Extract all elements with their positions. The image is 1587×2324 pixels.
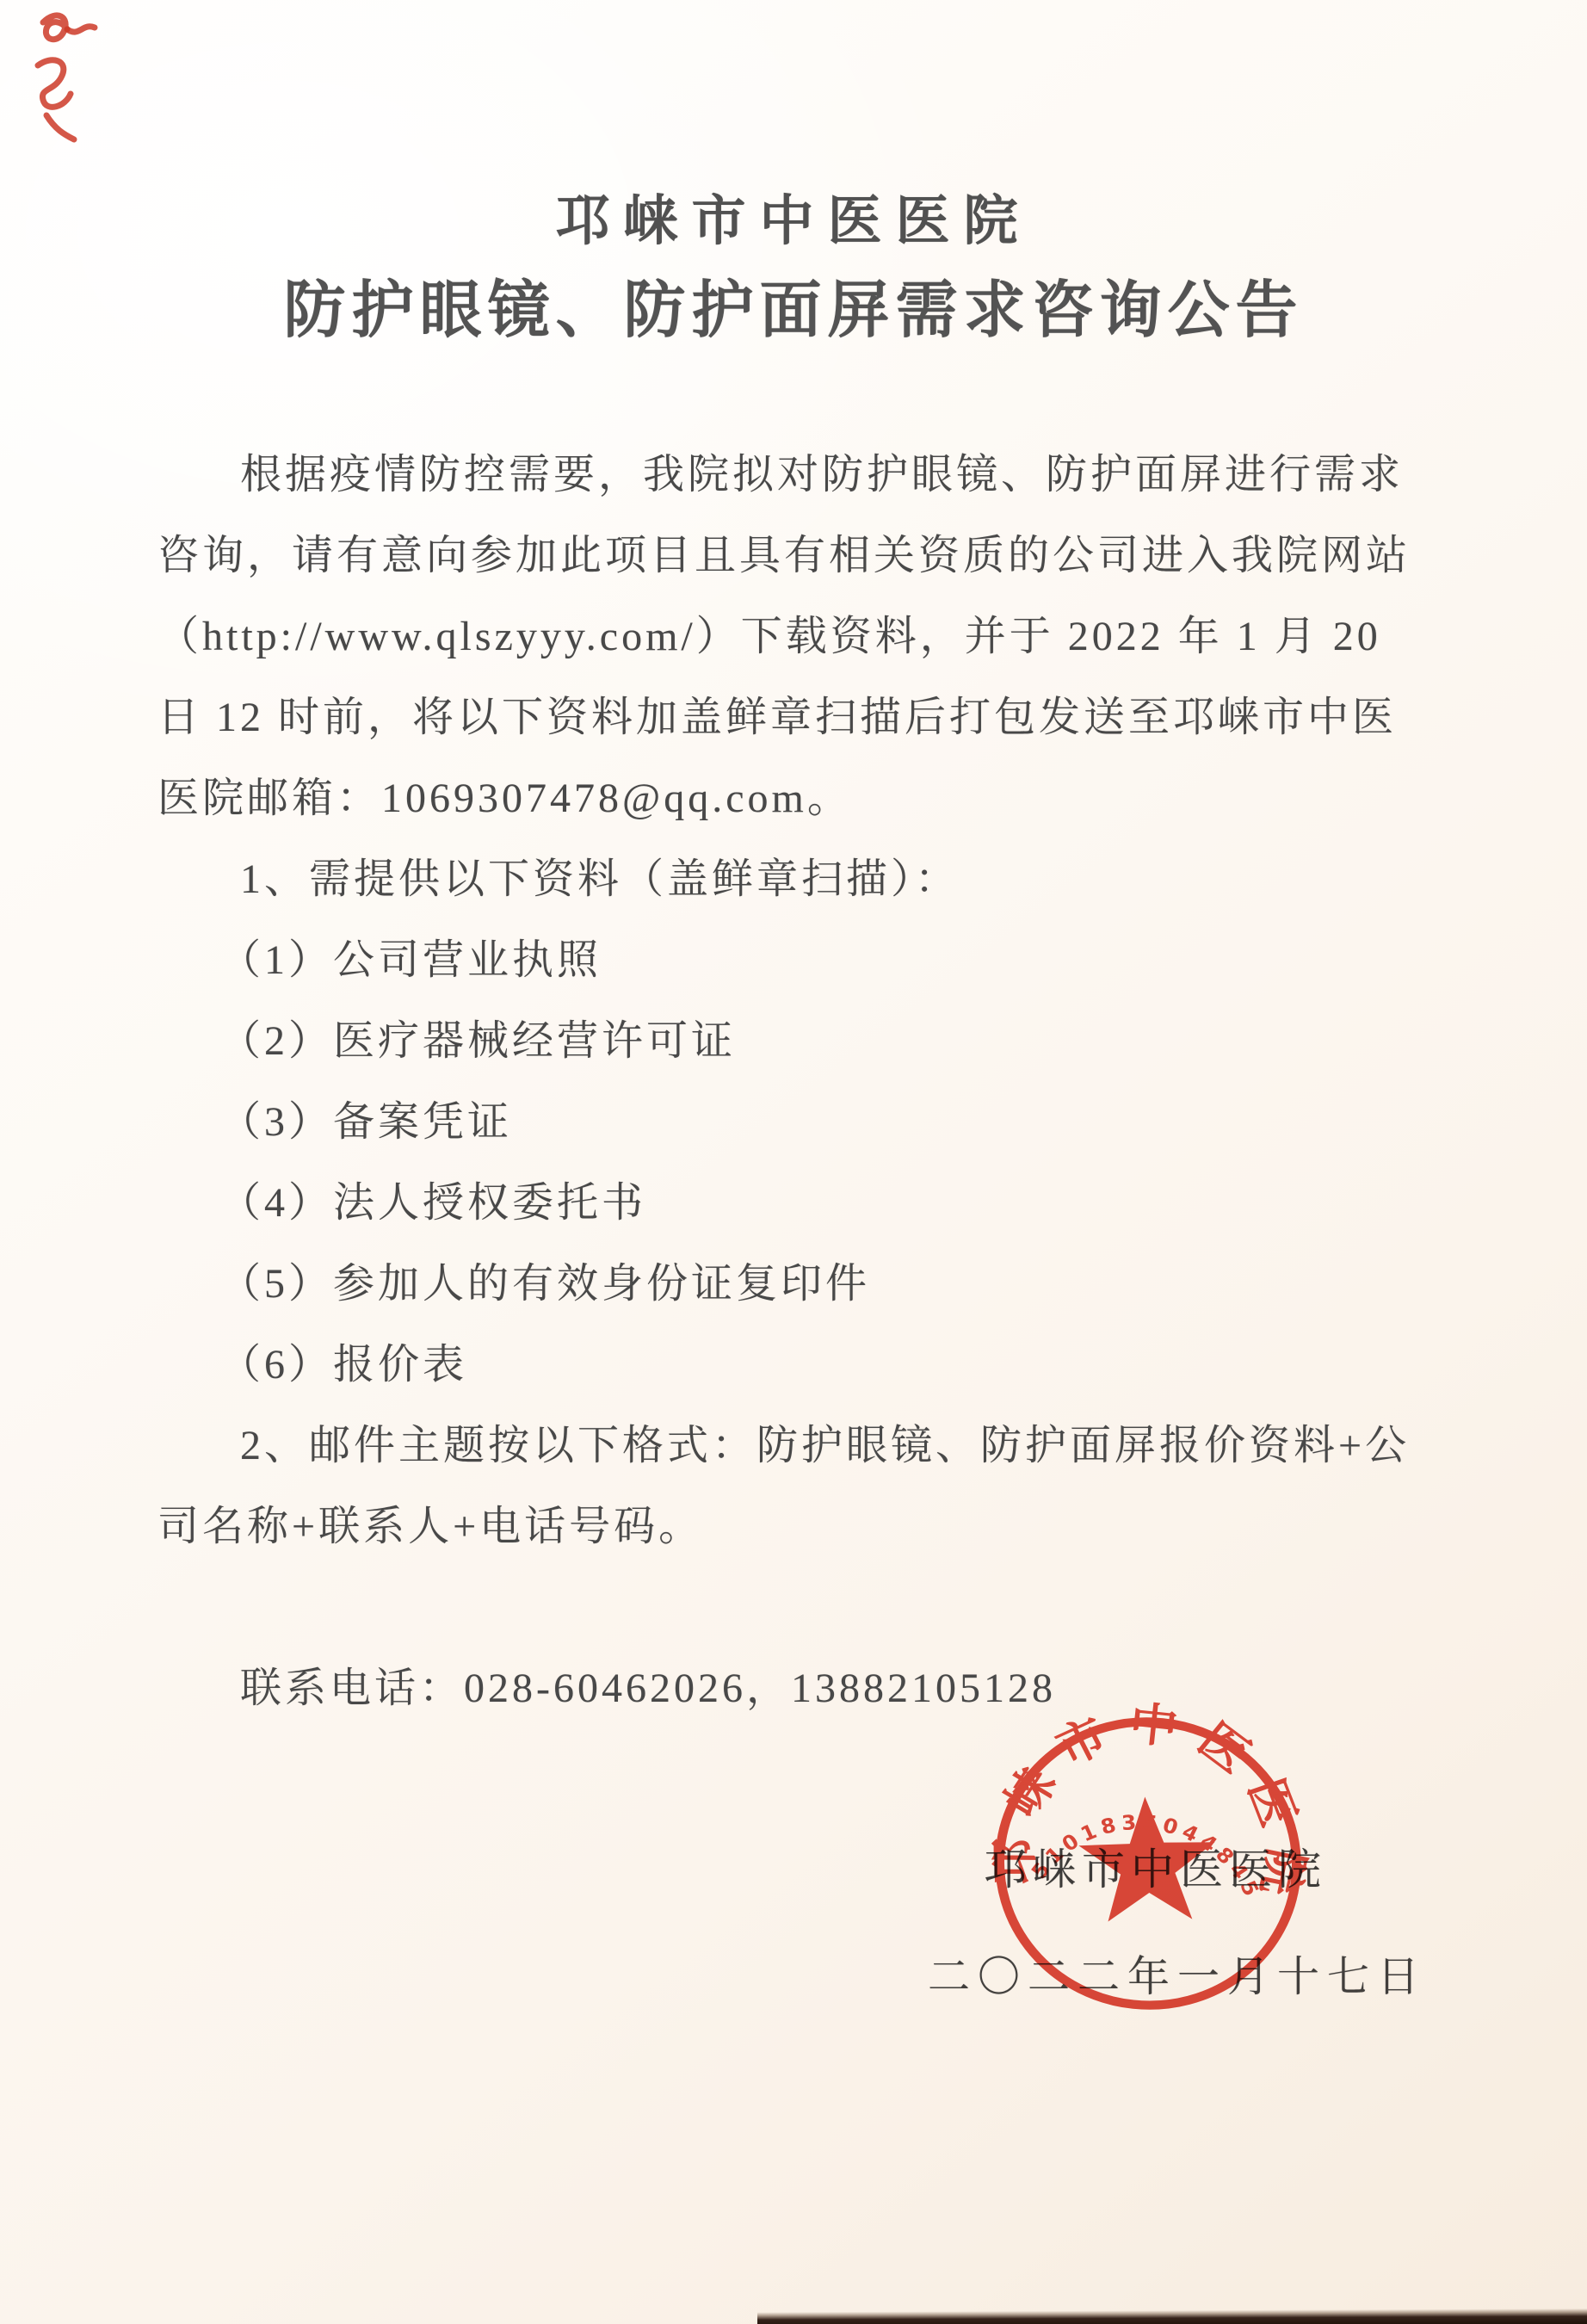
- handwritten-red-marks: [17, 3, 129, 167]
- list-item: （1）公司营业执照: [157, 920, 1448, 1001]
- document-page: 邛崃市中医医院 防护眼镜、防护面屏需求咨询公告 根据疫情防控需要，我院拟对防护眼…: [0, 0, 1587, 2324]
- document-body: 根据疫情防控需要，我院拟对防护眼镜、防护面屏进行需求 咨询，请有意向参加此项目且…: [157, 435, 1448, 1729]
- document-title-line2: 防护眼镜、防护面屏需求咨询公告: [0, 260, 1587, 349]
- document-title-line1: 邛崃市中医医院: [0, 177, 1587, 256]
- list-item: （2）医疗器械经营许可证: [157, 1001, 1448, 1082]
- body-line: （http://www.qlszyyy.com/）下载资料，并于 2022 年 …: [157, 596, 1448, 677]
- list-item: （4）法人授权委托书: [157, 1163, 1448, 1244]
- photo-table-edge-shadow: [757, 2309, 1587, 2324]
- signature-date: 二〇二二年一月十七日: [928, 1944, 1427, 2004]
- section-2-line: 2、邮件主题按以下格式：防护眼镜、防护面屏报价资料+公: [157, 1406, 1448, 1486]
- body-line: 咨询，请有意向参加此项目且具有相关资质的公司进入我院网站: [157, 516, 1448, 596]
- signature-organization: 邛崃市中医医院: [984, 1835, 1327, 1897]
- list-item: （6）报价表: [157, 1325, 1448, 1406]
- section-1-heading: 1、需提供以下资料（盖鲜章扫描）：: [157, 839, 1448, 920]
- body-line: 医院邮箱：1069307478@qq.com。: [157, 758, 1448, 839]
- list-item: （3）备案凭证: [157, 1082, 1448, 1163]
- list-item: （5）参加人的有效身份证复印件: [157, 1244, 1448, 1325]
- body-line: 根据疫情防控需要，我院拟对防护眼镜、防护面屏进行需求: [157, 435, 1448, 516]
- body-line: 日 12 时前，将以下资料加盖鲜章扫描后打包发送至邛崃市中医: [157, 677, 1448, 758]
- section-2-line: 司名称+联系人+电话号码。: [157, 1486, 1448, 1567]
